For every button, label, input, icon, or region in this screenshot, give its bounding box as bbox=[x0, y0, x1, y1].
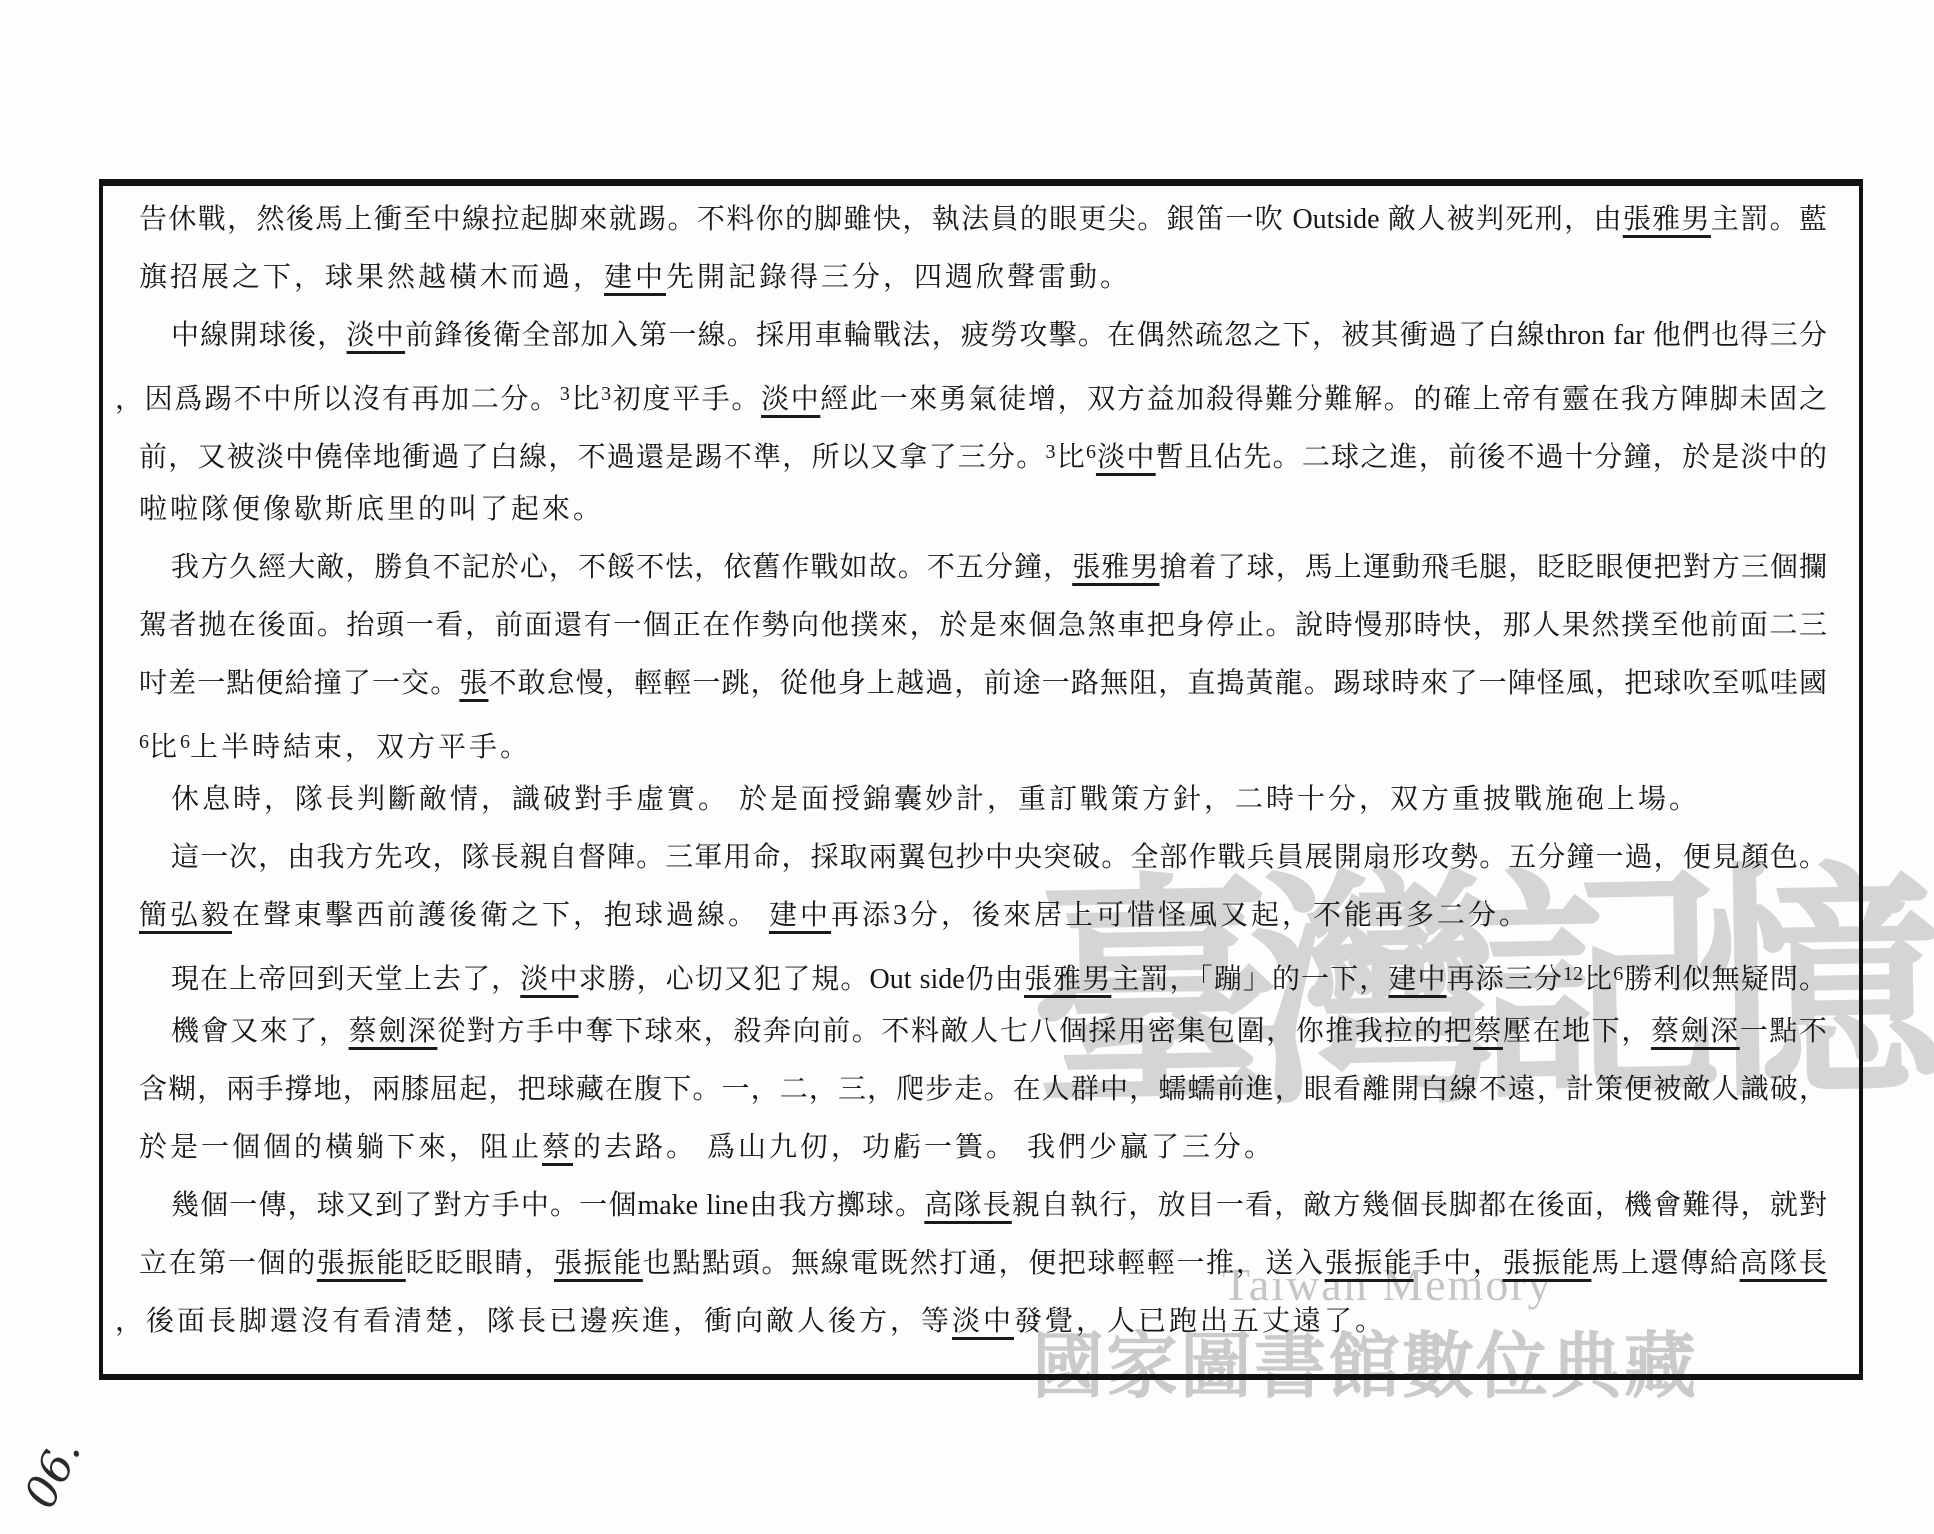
text-segment: 現在上帝回到天堂上去了， bbox=[171, 964, 520, 995]
text-segment: 3 bbox=[1045, 441, 1055, 463]
text-segment: 前鋒後衛全部加入第一線。採用車輪戰法，疲勞攻擊。在偶然疏忽之下，被其衝過了白線t… bbox=[405, 320, 1827, 351]
text-line: ，後面長脚還沒有看清楚，隊長已邊疾進，衝向敵人後方，等淡中發覺，人已跑出五丈遠了… bbox=[115, 1293, 1827, 1351]
text-segment: 求勝，心切又犯了規。Out side仍由 bbox=[578, 964, 1024, 995]
text-segment: 初度平手。 bbox=[611, 384, 761, 415]
text-line: 駕者拋在後面。抬頭一看，前面還有一個正在作勢向他撲來，於是來個急煞車把身停止。說… bbox=[139, 597, 1827, 655]
text-line: 立在第一個的張振能眨眨眼睛，張振能也點點頭。無線電既然打通，便把球輕輕一推，送入… bbox=[139, 1235, 1827, 1293]
text-line: 我方久經大敵，勝負不記於心，不餒不怯，依舊作戰如故。不五分鐘，張雅男搶着了球，馬… bbox=[139, 539, 1827, 597]
text-line: 機會又來了，蔡劍深從對方手中奪下球來，殺奔向前。不料敵人七八個採用密集包圍，你推… bbox=[139, 1003, 1827, 1061]
proper-noun-underlined: 張雅男 bbox=[1024, 964, 1111, 995]
text-segment: 也點點頭。無線電既然打通，便把球輕輕一推，送入 bbox=[643, 1248, 1325, 1279]
text-segment: 6 bbox=[1613, 963, 1623, 985]
text-line: 於是一個個的橫躺下來，阻止蔡的去路。 爲山九仞，功虧一簣。 我們少贏了三分。 bbox=[139, 1119, 1827, 1177]
text-segment: 眨眨眼睛， bbox=[406, 1248, 554, 1279]
text-segment: 機會又來了， bbox=[171, 1016, 349, 1047]
proper-noun-underlined: 建中 bbox=[769, 900, 831, 931]
text-segment: 從對方手中奪下球來，殺奔向前。不料敵人七八個採用密集包圍，你推我拉的把 bbox=[437, 1016, 1473, 1047]
text-line: 這一次，由我方先攻，隊長親自督陣。三軍用命，採取兩翼包抄中央突破。全部作戰兵員展… bbox=[139, 829, 1827, 887]
text-segment: 壓在地下， bbox=[1503, 1016, 1651, 1047]
text-segment: 3 bbox=[560, 383, 570, 405]
proper-noun-underlined: 張振能 bbox=[554, 1248, 643, 1279]
text-segment: 6 bbox=[139, 731, 149, 753]
document-frame: 告休戰，然後馬上衝至中線拉起脚來就踢。不料你的脚雖快，執法員的眼更尖。銀笛一吹 … bbox=[99, 179, 1863, 1380]
text-segment: 旗招展之下，球果然越橫木而過， bbox=[139, 262, 604, 293]
proper-noun-underlined: 淡中 bbox=[1096, 442, 1156, 473]
text-line: 含糊，兩手撐地，兩膝屈起，把球藏在腹下。一，二，三，爬步走。在人群中，蠕蠕前進，… bbox=[139, 1061, 1827, 1119]
proper-noun-underlined: 張振能 bbox=[1325, 1248, 1414, 1279]
text-segment: 暫且佔先。二球之進，前後不過十分鐘，於是淡中的 bbox=[1156, 442, 1827, 473]
proper-noun-underlined: 蔡劍深 bbox=[349, 1016, 438, 1047]
text-line: 中線開球後，淡中前鋒後衛全部加入第一線。採用車輪戰法，疲勞攻擊。在偶然疏忽之下，… bbox=[139, 307, 1827, 365]
text-segment: 前，又被淡中僥倖地衝過了白線，不過還是踢不準，所以又拿了三分。 bbox=[139, 442, 1045, 473]
text-line: 旗招展之下，球果然越橫木而過，建中先開記錄得三分，四週欣聲雷動。 bbox=[139, 249, 1827, 307]
text-segment: 比 bbox=[1583, 964, 1613, 995]
text-line: 啦啦隊便像歇斯底里的叫了起來。 bbox=[139, 481, 1827, 539]
scanned-page: 臺灣記憶 Taiwan Memory 國家圖書館數位典藏 告休戰，然後馬上衝至中… bbox=[0, 0, 1934, 1534]
document-lines: 告休戰，然後馬上衝至中線拉起脚來就踢。不料你的脚雖快，執法員的眼更尖。銀笛一吹 … bbox=[139, 191, 1827, 1374]
proper-noun-underlined: 淡中 bbox=[520, 964, 578, 995]
text-line: 告休戰，然後馬上衝至中線拉起脚來就踢。不料你的脚雖快，執法員的眼更尖。銀笛一吹 … bbox=[139, 191, 1827, 249]
text-segment: 駕者拋在後面。抬頭一看，前面還有一個正在作勢向他撲來，於是來個急煞車把身停止。說… bbox=[139, 610, 1827, 641]
proper-noun-underlined: 淡中 bbox=[761, 384, 820, 415]
proper-noun-underlined: 淡中 bbox=[952, 1306, 1014, 1337]
text-segment: 於是一個個的橫躺下來，阻止 bbox=[139, 1132, 542, 1163]
text-segment: 主罰。藍 bbox=[1711, 204, 1827, 235]
text-line: 現在上帝回到天堂上去了，淡中求勝，心切又犯了規。Out side仍由張雅男主罰，… bbox=[139, 945, 1827, 1003]
text-segment: 比 bbox=[570, 384, 601, 415]
proper-noun-underlined: 蔡劍深 bbox=[1651, 1016, 1740, 1047]
proper-noun-underlined: 高隊長 bbox=[924, 1190, 1011, 1221]
proper-noun-underlined: 張振能 bbox=[317, 1248, 406, 1279]
proper-noun-underlined: 高隊長 bbox=[1740, 1248, 1827, 1279]
text-line: 吋差一點便給撞了一交。張不敢怠慢，輕輕一跳，從他身上越過，前途一路無阻，直搗黃龍… bbox=[139, 655, 1827, 713]
text-segment: 手中， bbox=[1414, 1248, 1503, 1279]
text-line: 簡弘毅在聲東擊西前護後衛之下，抱球過線。 建中再添3分，後來居上可惜怪風又起，不… bbox=[139, 887, 1827, 945]
text-segment: 幾個一傳，球又到了對方手中。一個make line由我方擲球。 bbox=[171, 1190, 924, 1221]
text-segment: ，後面長脚還沒有看清楚，隊長已邊疾進，衝向敵人後方，等 bbox=[115, 1306, 952, 1337]
text-segment: 在聲東擊西前護後衛之下，抱球過線。 bbox=[232, 900, 769, 931]
text-segment: ，因爲踢不中所以沒有再加二分。 bbox=[115, 384, 560, 415]
text-segment: 中線開球後， bbox=[171, 320, 347, 351]
text-segment: 我方久經大敵，勝負不記於心，不餒不怯，依舊作戰如故。不五分鐘， bbox=[171, 552, 1072, 583]
text-segment: 的去路。 爲山九仞，功虧一簣。 我們少贏了三分。 bbox=[573, 1132, 1275, 1163]
text-segment: 3 bbox=[601, 383, 611, 405]
text-segment: 休息時，隊長判斷敵情，識破對手虛實。 於是面授錦囊妙計，重訂戰策方針，二時十分，… bbox=[171, 784, 1700, 815]
text-line: 休息時，隊長判斷敵情，識破對手虛實。 於是面授錦囊妙計，重訂戰策方針，二時十分，… bbox=[139, 771, 1827, 829]
text-segment: 經此一來勇氣徒增，双方益加殺得難分難解。的確上帝有靈在我方陣脚未固之 bbox=[820, 384, 1827, 415]
text-segment: 主罰，「蹦」的一下， bbox=[1111, 964, 1388, 995]
text-segment: 12 bbox=[1563, 963, 1583, 985]
text-segment: 比 bbox=[149, 732, 180, 763]
text-segment: 一點不 bbox=[1740, 1016, 1827, 1047]
text-segment: 吋差一點便給撞了一交。 bbox=[139, 668, 459, 699]
text-segment: 這一次，由我方先攻，隊長親自督陣。三軍用命，採取兩翼包抄中央突破。全部作戰兵員展… bbox=[171, 842, 1827, 873]
text-segment: 含糊，兩手撐地，兩膝屈起，把球藏在腹下。一，二，三，爬步走。在人群中，蠕蠕前進，… bbox=[139, 1074, 1827, 1105]
text-segment: 6 bbox=[180, 731, 190, 753]
proper-noun-underlined: 張雅男 bbox=[1623, 204, 1711, 235]
proper-noun-underlined: 淡中 bbox=[347, 320, 406, 351]
text-segment: 告休戰，然後馬上衝至中線拉起脚來就踢。不料你的脚雖快，執法員的眼更尖。銀笛一吹 … bbox=[139, 204, 1623, 235]
text-segment: 上半時結束，双方平手。 bbox=[190, 732, 531, 763]
proper-noun-underlined: 蔡 bbox=[542, 1132, 573, 1163]
proper-noun-underlined: 張振能 bbox=[1502, 1248, 1591, 1279]
text-segment: 勝利似無疑問。 bbox=[1623, 964, 1827, 995]
text-segment: 先開記錄得三分，四週欣聲雷動。 bbox=[666, 262, 1131, 293]
text-segment: 馬上還傳給 bbox=[1591, 1248, 1739, 1279]
text-line: 幾個一傳，球又到了對方手中。一個make line由我方擲球。高隊長親自執行，放… bbox=[139, 1177, 1827, 1235]
handwritten-page-note: 06. bbox=[15, 1431, 92, 1516]
text-segment: 親自執行，放目一看，敵方幾個長脚都在後面，機會難得，就對 bbox=[1012, 1190, 1827, 1221]
text-segment: 再添3分，後來居上可惜怪風又起，不能再多二分。 bbox=[831, 900, 1530, 931]
proper-noun-underlined: 簡弘毅 bbox=[139, 900, 232, 931]
text-segment: 6 bbox=[1086, 441, 1096, 463]
proper-noun-underlined: 張雅男 bbox=[1072, 552, 1159, 583]
text-segment: 再添三分 bbox=[1447, 964, 1563, 995]
text-line: 前，又被淡中僥倖地衝過了白線，不過還是踢不準，所以又拿了三分。3比6淡中暫且佔先… bbox=[139, 423, 1827, 481]
text-line: ，因爲踢不中所以沒有再加二分。3比3初度平手。淡中經此一來勇氣徒增，双方益加殺得… bbox=[115, 365, 1827, 423]
proper-noun-underlined: 建中 bbox=[604, 262, 666, 293]
text-segment: 發覺，人已跑出五丈遠了。 bbox=[1014, 1306, 1386, 1337]
text-segment: 比 bbox=[1055, 442, 1085, 473]
proper-noun-underlined: 建中 bbox=[1388, 964, 1446, 995]
text-segment: 不敢怠慢，輕輕一跳，從他身上越過，前途一路無阻，直搗黃龍。踢球時來了一陣怪風，把… bbox=[488, 668, 1827, 699]
proper-noun-underlined: 蔡 bbox=[1473, 1016, 1503, 1047]
proper-noun-underlined: 張 bbox=[459, 668, 488, 699]
text-line: 6比6上半時結束，双方平手。 bbox=[139, 713, 1827, 771]
text-segment: 搶着了球，馬上運動飛毛腿，眨眨眼便把對方三個攔 bbox=[1159, 552, 1827, 583]
text-segment: 立在第一個的 bbox=[139, 1248, 317, 1279]
text-segment: 啦啦隊便像歇斯底里的叫了起來。 bbox=[139, 494, 604, 525]
